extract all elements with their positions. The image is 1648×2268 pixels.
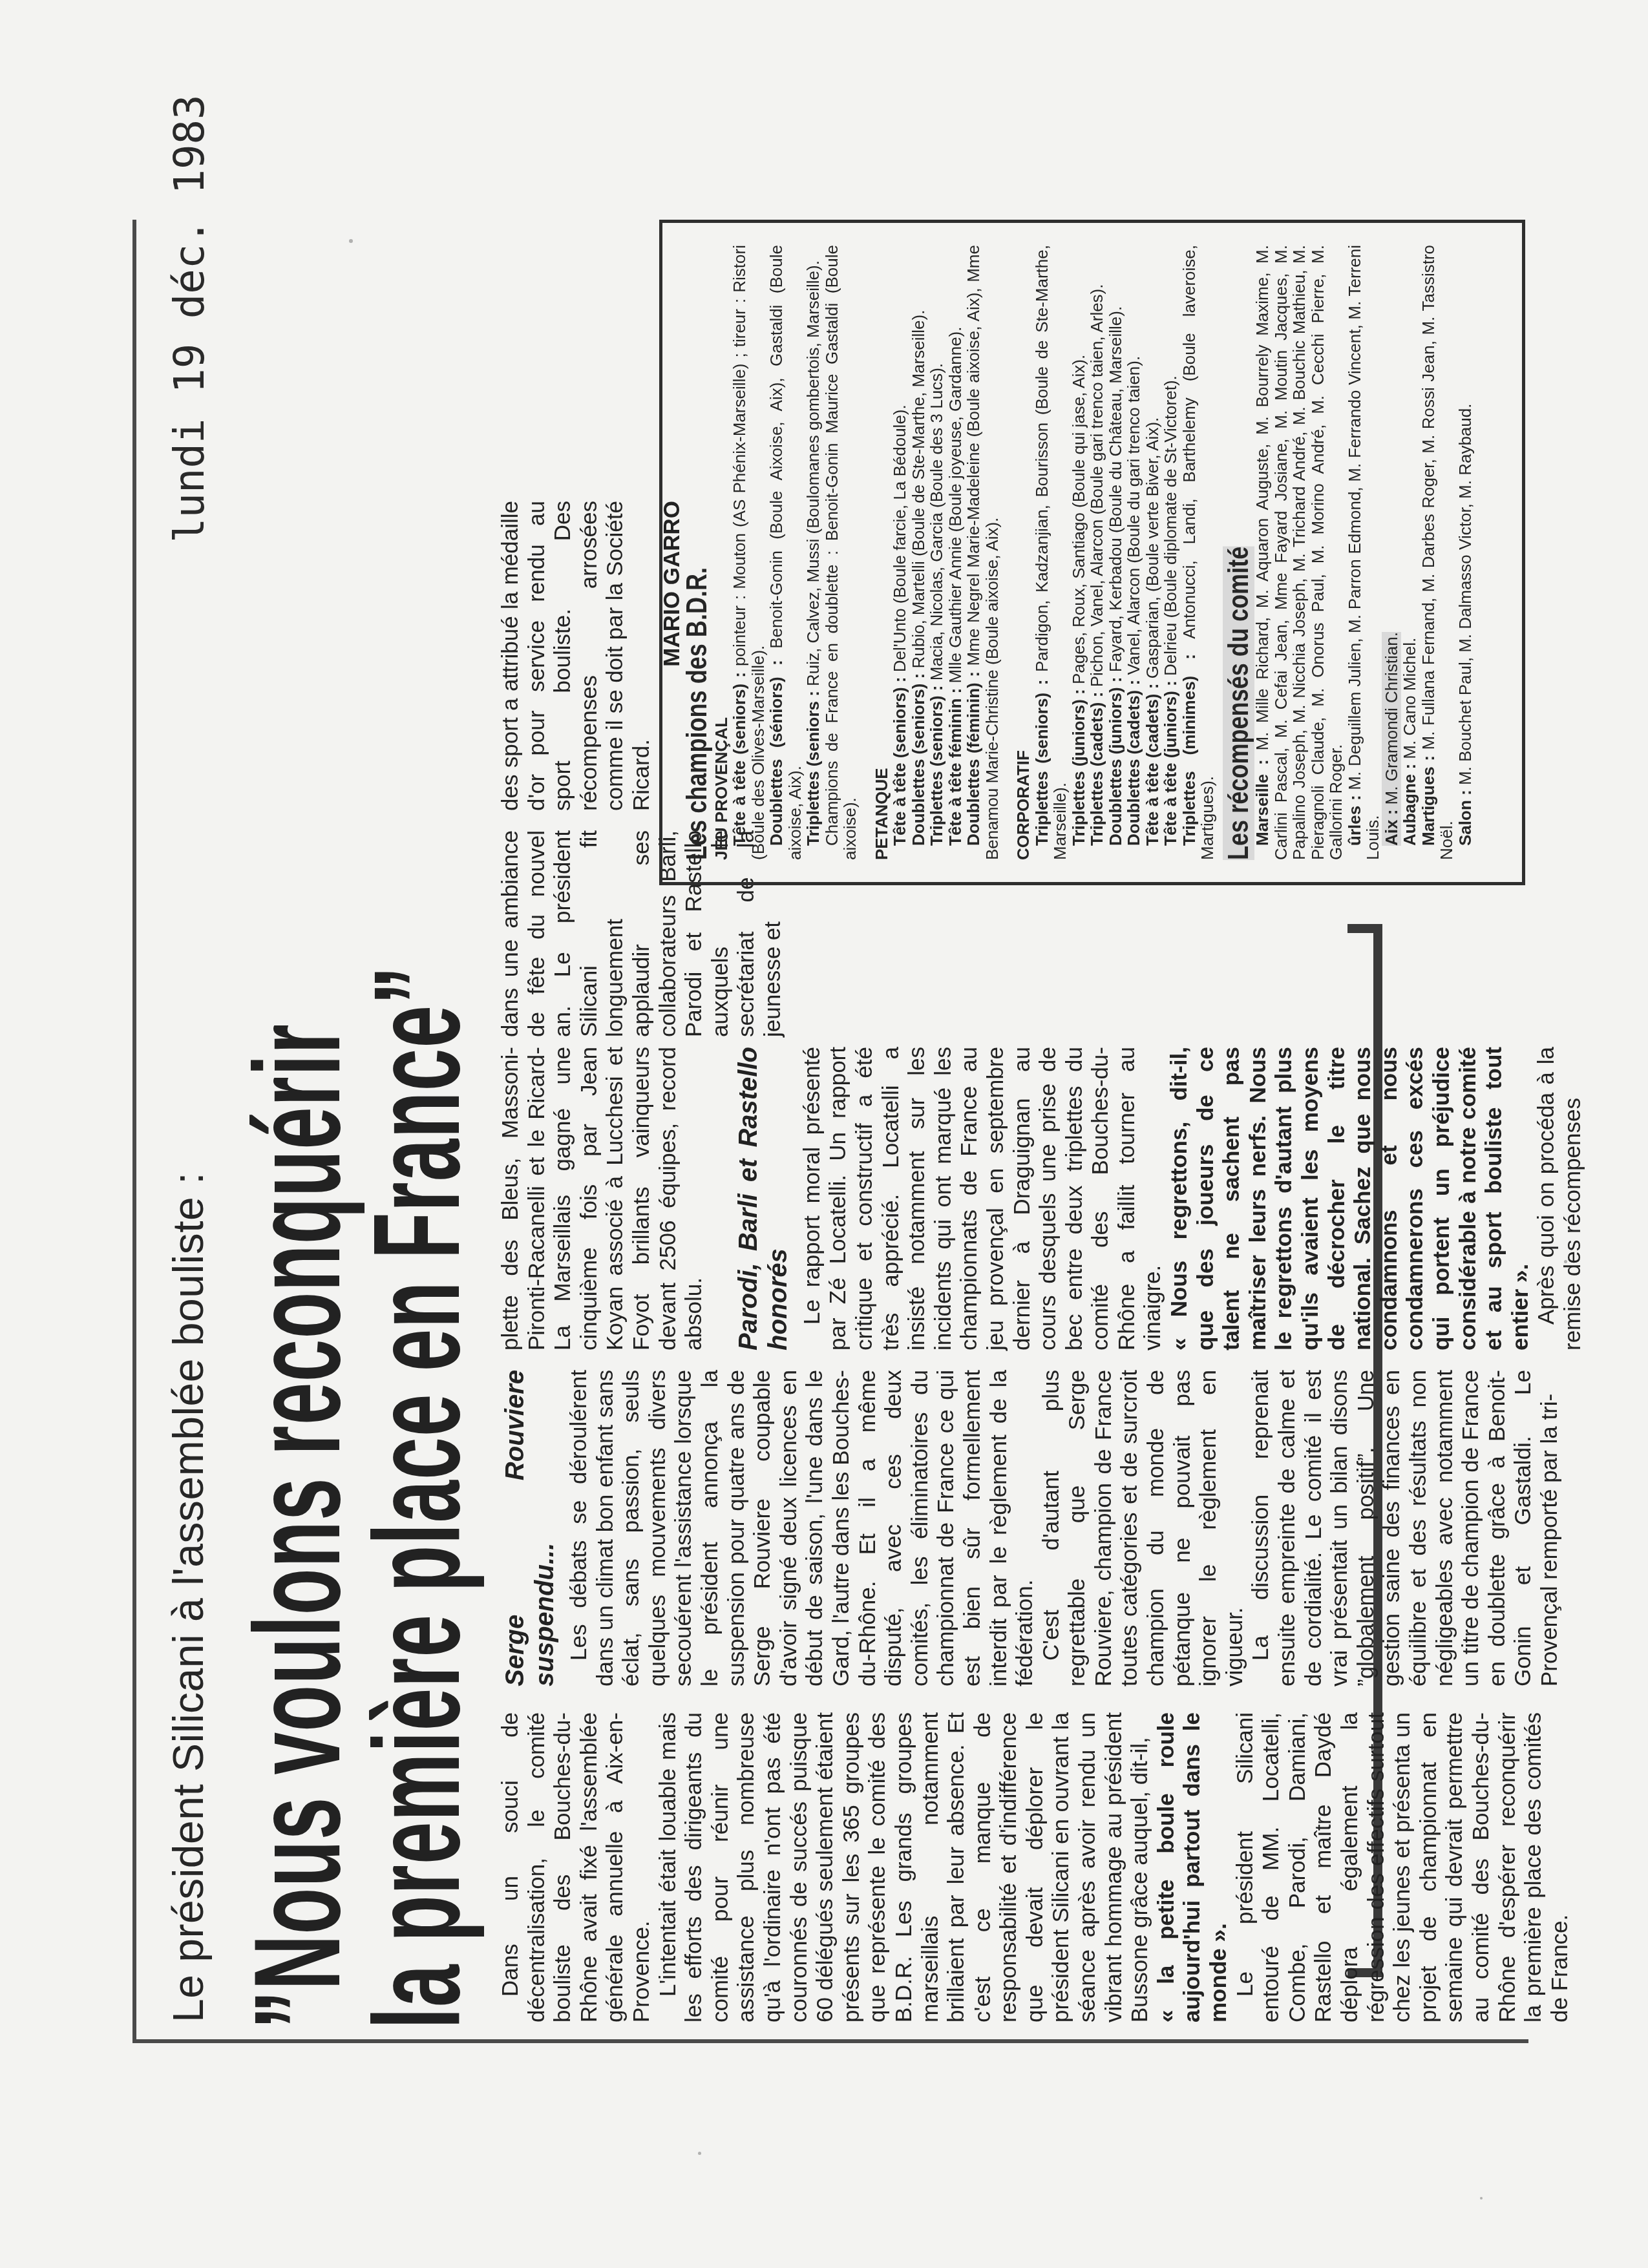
article-column-2: Serge Rouviere suspendu... Les débats se… <box>498 1370 1563 1686</box>
newspaper-article: Le président Silicani à l'assemblée boul… <box>132 220 1528 2042</box>
result-entry: Tête à tête (seniors) : pointeur : Mouto… <box>730 245 767 860</box>
paragraph: L'intentait était louable mais les effor… <box>655 1712 1154 2022</box>
pull-quote: « la petite boule roule aujourd'hui part… <box>1154 1712 1231 2022</box>
pull-quote: « Nous regrettons, dit-il, que des joueu… <box>1167 1047 1533 1350</box>
result-entry: Triplettes (minimes) : Antonucci, Landi,… <box>1180 245 1217 860</box>
paragraph: Les débats se déroulérent dans un climat… <box>566 1370 1039 1686</box>
award-entry: ûrles : M. Deguillem Julien, M. Parron E… <box>1346 245 1382 860</box>
award-entry: Aix : M. Gramondi Christian. <box>1382 245 1401 860</box>
result-entry: Tête à tête (cadets) : Gasparian, (Boule… <box>1143 245 1162 860</box>
result-entry: Triplettes (seniors) : Macia, Nicolas, G… <box>927 245 946 860</box>
paragraph: La discussion reprenait ensuite empreint… <box>1248 1370 1563 1686</box>
frame-border-left <box>132 2039 1528 2043</box>
section-heading: JEU PROVENÇAL <box>712 245 731 860</box>
paragraph: Le rapport moral présenté par Zé Locatel… <box>799 1047 1167 1350</box>
award-entry: Martigues : M. Fullana Fernand, M. Darbe… <box>1419 245 1456 860</box>
result-entry: Doublettes (séniors) : Benoit-Gonin (Bou… <box>767 245 804 860</box>
paragraph: Le président Silicani entouré de MM. Loc… <box>1232 1712 1574 2022</box>
paper-speck <box>698 2152 701 2155</box>
result-entry: Triplettes (juniors) : Pages, Roux, Sant… <box>1070 245 1088 860</box>
award-entry: Salon : M. Bouchet Paul, M. Dalmasso Vic… <box>1456 245 1475 860</box>
award-entry: Aubagne : M. Cano Michel. <box>1400 245 1419 860</box>
quote-paragraph: « la petite boule roule aujourd'hui part… <box>1154 1712 1232 2022</box>
article-column-5: des sport a attribué la médaille d'or po… <box>498 501 685 811</box>
paragraph: Dans un souci de décentralisation, le co… <box>498 1712 655 2022</box>
section-heading: CORPORATIF <box>1014 245 1033 860</box>
result-entry: Champions de France en doublette : Benoi… <box>823 245 860 860</box>
result-entry: Doublettes (juniors) : Fayard, Kerbadou … <box>1106 245 1125 860</box>
paragraph: plette des Bleus, Massoni-Pironti-Racane… <box>498 1047 708 1350</box>
result-entry: Tête à tête (juniors) : Delrieu (Boule d… <box>1161 245 1180 860</box>
result-entry: Doublettes (cadets) : Vanel, Alarcon (Bo… <box>1125 245 1143 860</box>
frame-border-top <box>132 220 136 2042</box>
awards-title: Les récompensés du comité <box>1230 355 1249 860</box>
frame-bracket-tick <box>1347 924 1382 933</box>
award-entry: Marseille : M. Mille Richard, M. Aquaron… <box>1253 245 1346 860</box>
paragraph: des sport a attribué la médaille d'or po… <box>498 501 655 811</box>
result-entry: Triplettes (seniors : Ruiz, Calvez, Muss… <box>804 245 823 860</box>
result-entry: Tête à tête (seniors) : Del'Unto (Boule … <box>891 245 909 860</box>
headline-line-2: la première place en France” <box>359 966 475 2029</box>
dateline: lundi 19 déc. 1983 <box>166 94 214 543</box>
subheading: Serge Rouviere suspendu... <box>500 1370 560 1686</box>
paragraph: Après quoi on procéda à la remise des ré… <box>1534 1047 1586 1350</box>
paper-speck <box>1480 2197 1483 2200</box>
result-entry: Doublettes (seniors) : Rubio, Martelli (… <box>909 245 928 860</box>
result-entry: Tête à tête féminin : Mlle Gauthier Anni… <box>946 245 965 860</box>
section-heading: PETANQUE <box>872 245 891 860</box>
result-entry: Triplettes (seniors) : Pardigon, Kadzanj… <box>1033 245 1070 860</box>
result-entry: Triplettes (cadets) : Pichon, Vanel, Ala… <box>1088 245 1106 860</box>
paragraph: C'est d'autant plus regrettable que Serg… <box>1039 1370 1249 1686</box>
article-column-1: Dans un souci de décentralisation, le co… <box>498 1712 1573 2022</box>
article-kicker: Le président Silicani à l'assemblée boul… <box>164 1172 213 2022</box>
article-column-3: plette des Bleus, Massoni-Pironti-Racane… <box>498 1047 1587 1350</box>
result-entry: Doublettes (féminin) : Mme Negrel Marie-… <box>964 245 1001 860</box>
subheading: Parodi, Barli et Rastello honorés <box>734 1047 793 1350</box>
box-title: Les champions des B.D.R. <box>688 355 707 860</box>
headline-line-1: ”Nous voulons reconquérir <box>239 1024 355 2029</box>
champions-box: Les champions des B.D.R. JEU PROVENÇAL T… <box>659 220 1525 885</box>
quote-paragraph: « Nous regrettons, dit-il, que des joueu… <box>1167 1047 1534 1350</box>
